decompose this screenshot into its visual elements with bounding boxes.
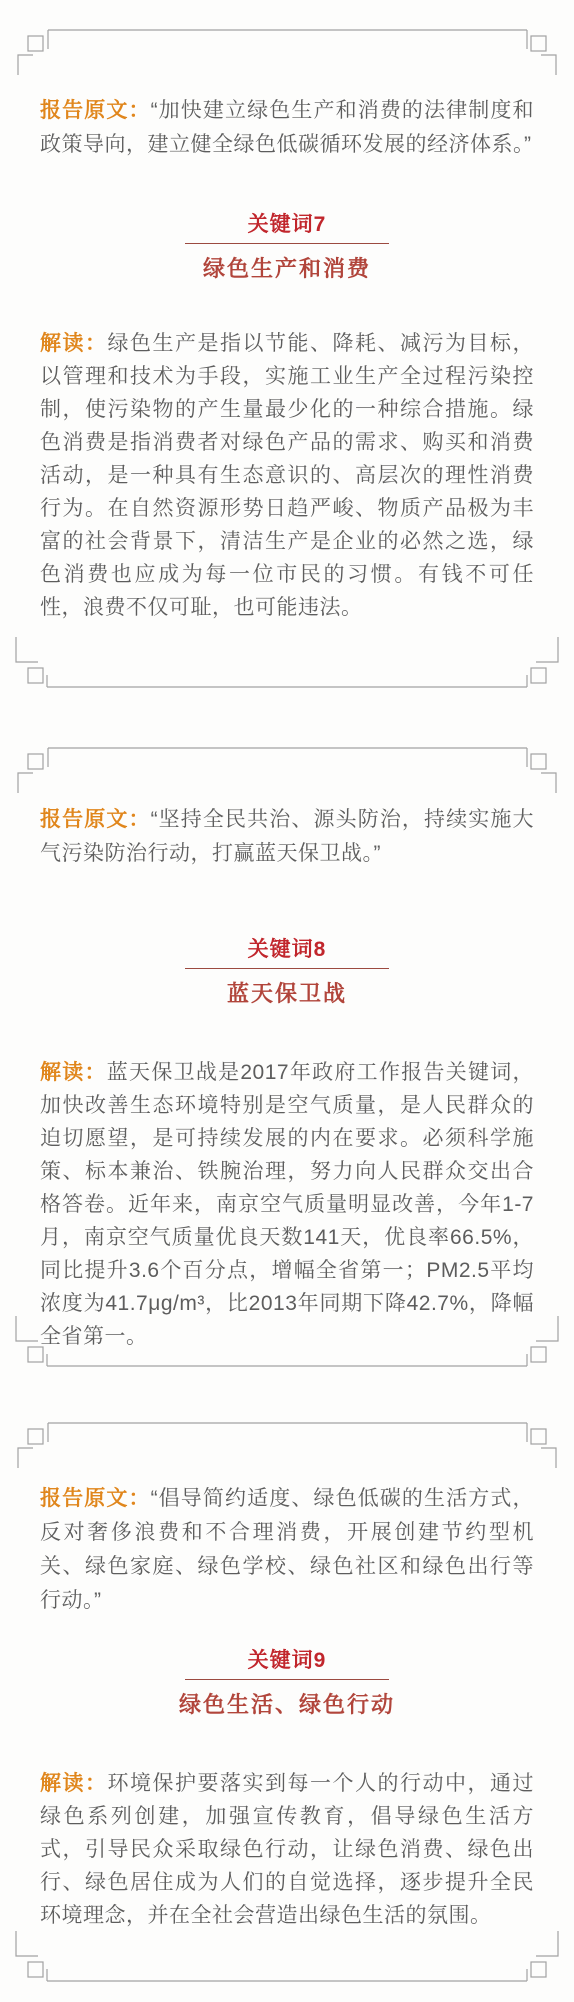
keyword-title: 关键词7 (40, 208, 534, 238)
interpretation-label: 解读： (40, 1772, 108, 1795)
keyword-heading: 关键词7 绿色生产和消费 (40, 208, 534, 283)
interpretation-text: 蓝天保卫战是2017年政府工作报告关键词，加快改善生态环境特别是空气质量，是人民… (40, 1061, 534, 1348)
frame-top-border (0, 747, 574, 799)
frame-top-border (0, 1422, 574, 1474)
interpretation: 解读：绿色生产是指以节能、降耗、减污为目标，以管理和技术为手段，实施工业生产全过… (40, 327, 534, 624)
keyword-divider (185, 968, 389, 969)
section-content: 报告原文：“坚持全民共治、源头防治，持续实施大气污染防治行动，打赢蓝天保卫战。”… (0, 803, 574, 1353)
keyword-title: 关键词8 (40, 933, 534, 963)
keyword-section-8: 报告原文：“坚持全民共治、源头防治，持续实施大气污染防治行动，打赢蓝天保卫战。”… (0, 747, 574, 1367)
frame-bottom-border (0, 636, 574, 688)
interpretation-label: 解读： (40, 332, 108, 355)
keyword-section-7: 报告原文：“加快建立绿色生产和消费的法律制度和政策导向，建立健全绿色低碳循环发展… (0, 29, 574, 688)
interpretation-label: 解读： (40, 1061, 107, 1084)
interpretation: 解读：蓝天保卫战是2017年政府工作报告关键词，加快改善生态环境特别是空气质量，… (40, 1056, 534, 1353)
keyword-section-9: 报告原文：“倡导简约适度、绿色低碳的生活方式，反对奢侈浪费和不合理消费，开展创建… (0, 1422, 574, 1982)
report-label: 报告原文： (40, 1487, 151, 1510)
keyword-title: 关键词9 (40, 1644, 534, 1674)
section-content: 报告原文：“加快建立绿色生产和消费的法律制度和政策导向，建立健全绿色低碳循环发展… (0, 94, 574, 624)
keyword-heading: 关键词9 绿色生活、绿色行动 (40, 1644, 534, 1719)
interpretation-text: 环境保护要落实到每一个人的行动中，通过绿色系列创建，加强宣传教育，倡导绿色生活方… (40, 1772, 534, 1927)
report-label: 报告原文： (40, 99, 151, 122)
section-content: 报告原文：“倡导简约适度、绿色低碳的生活方式，反对奢侈浪费和不合理消费，开展创建… (0, 1482, 574, 1932)
keyword-subtitle: 绿色生产和消费 (40, 252, 534, 283)
frame-top-border (0, 29, 574, 81)
frame-bottom-border (0, 1315, 574, 1367)
keyword-divider (185, 243, 389, 244)
report-quote: 报告原文：“倡导简约适度、绿色低碳的生活方式，反对奢侈浪费和不合理消费，开展创建… (40, 1482, 534, 1618)
keyword-heading: 关键词8 蓝天保卫战 (40, 933, 534, 1008)
report-quote: 报告原文：“加快建立绿色生产和消费的法律制度和政策导向，建立健全绿色低碳循环发展… (40, 94, 534, 162)
keyword-subtitle: 绿色生活、绿色行动 (40, 1688, 534, 1719)
keyword-divider (185, 1679, 389, 1680)
frame-bottom-border (0, 1930, 574, 1982)
article-page: 报告原文：“加快建立绿色生产和消费的法律制度和政策导向，建立健全绿色低碳循环发展… (0, 0, 574, 2002)
interpretation: 解读：环境保护要落实到每一个人的行动中，通过绿色系列创建，加强宣传教育，倡导绿色… (40, 1767, 534, 1932)
report-label: 报告原文： (40, 808, 151, 831)
keyword-subtitle: 蓝天保卫战 (40, 977, 534, 1008)
report-quote: 报告原文：“坚持全民共治、源头防治，持续实施大气污染防治行动，打赢蓝天保卫战。” (40, 803, 534, 871)
interpretation-text: 绿色生产是指以节能、降耗、减污为目标，以管理和技术为手段，实施工业生产全过程污染… (40, 332, 534, 619)
